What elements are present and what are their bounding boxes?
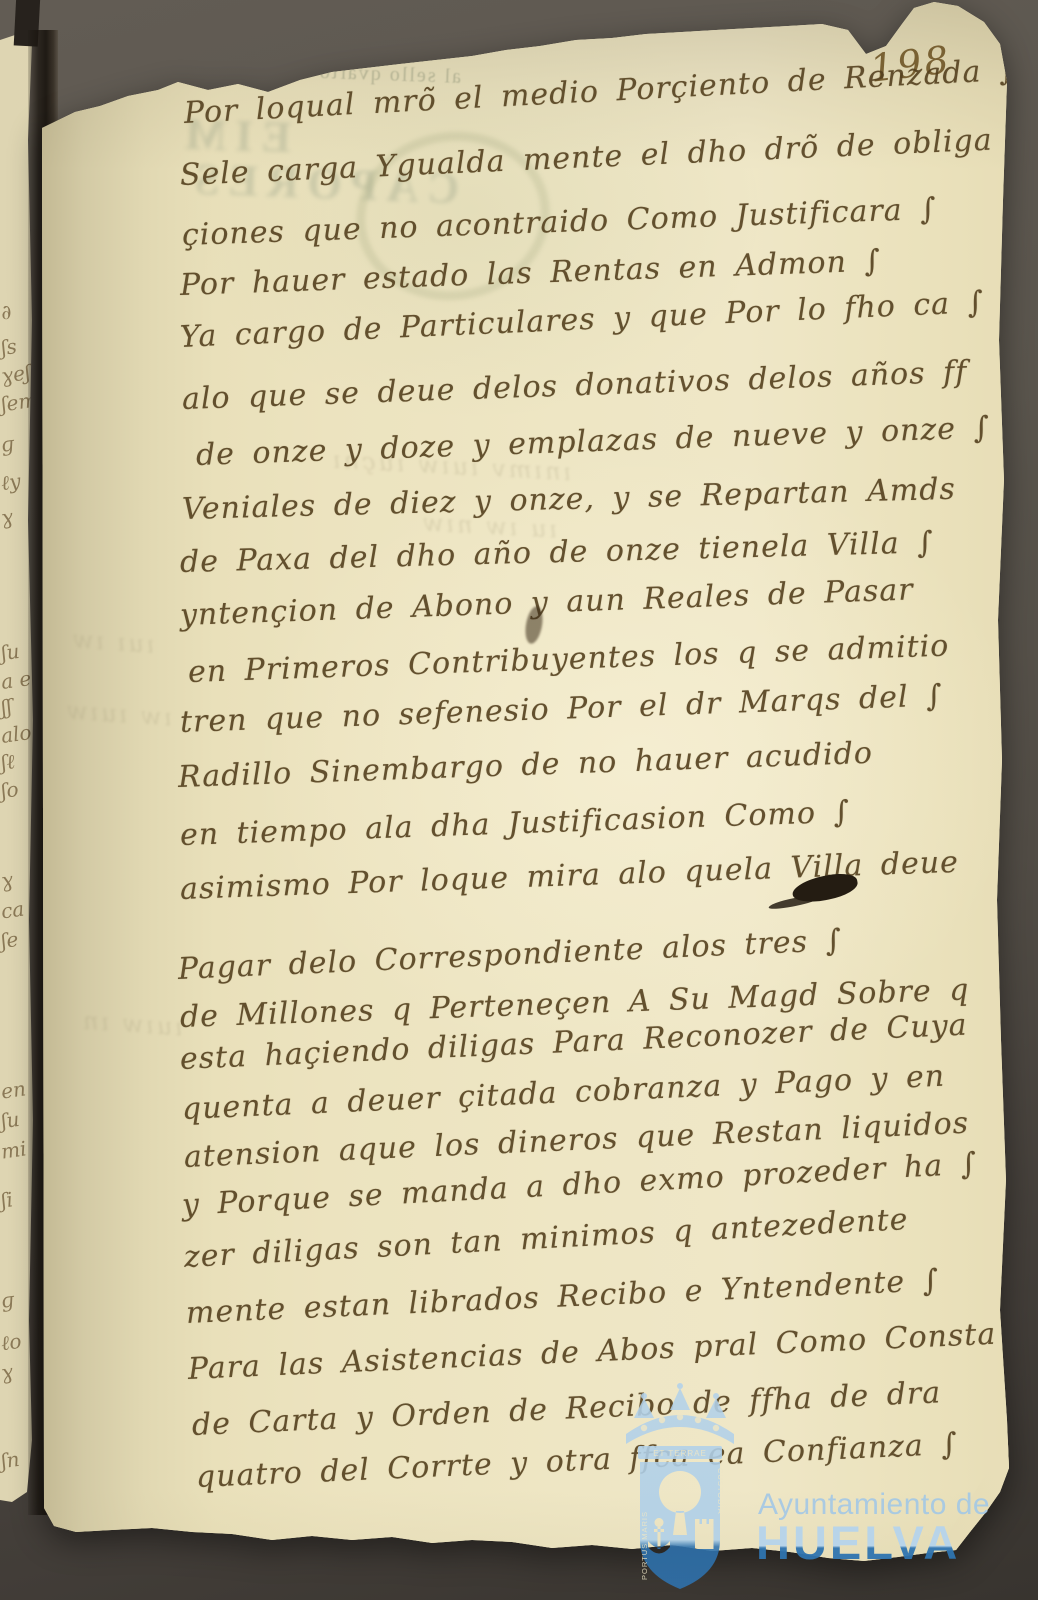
crest-motto-top: ET TERRAE [653,1449,707,1458]
bleedthrough-fragment: ıw ıuıw [63,696,173,731]
bleedthrough-fragment: ıuı ıw [69,625,155,659]
huelva-crest-icon: ET TERRAE PORTUS MARIS CUSTODIA [610,1372,750,1600]
crest-motto-left: PORTUS MARIS [640,1511,649,1580]
huelva-watermark: ET TERRAE PORTUS MARIS CUSTODIA Ayuntami… [610,1372,1020,1600]
manuscript-page: al sello qvarto año misEIMCAPORESınımv ı… [0,0,1038,1600]
bleedthrough-fragment: ıuıw ın [79,1006,184,1041]
crest-motto-right: CUSTODIA [716,1468,725,1515]
document-scan: ∂ʃsɣeʃʃemɡℓyɣʃua eʃʃaloʃℓʃoɣcaʃeenʃumiʃi… [0,0,1038,1600]
watermark-city-name: HUELVA [756,1515,960,1570]
manuscript-page-wrap: al sello qvarto año misEIMCAPORESınımv ı… [0,0,1038,1600]
